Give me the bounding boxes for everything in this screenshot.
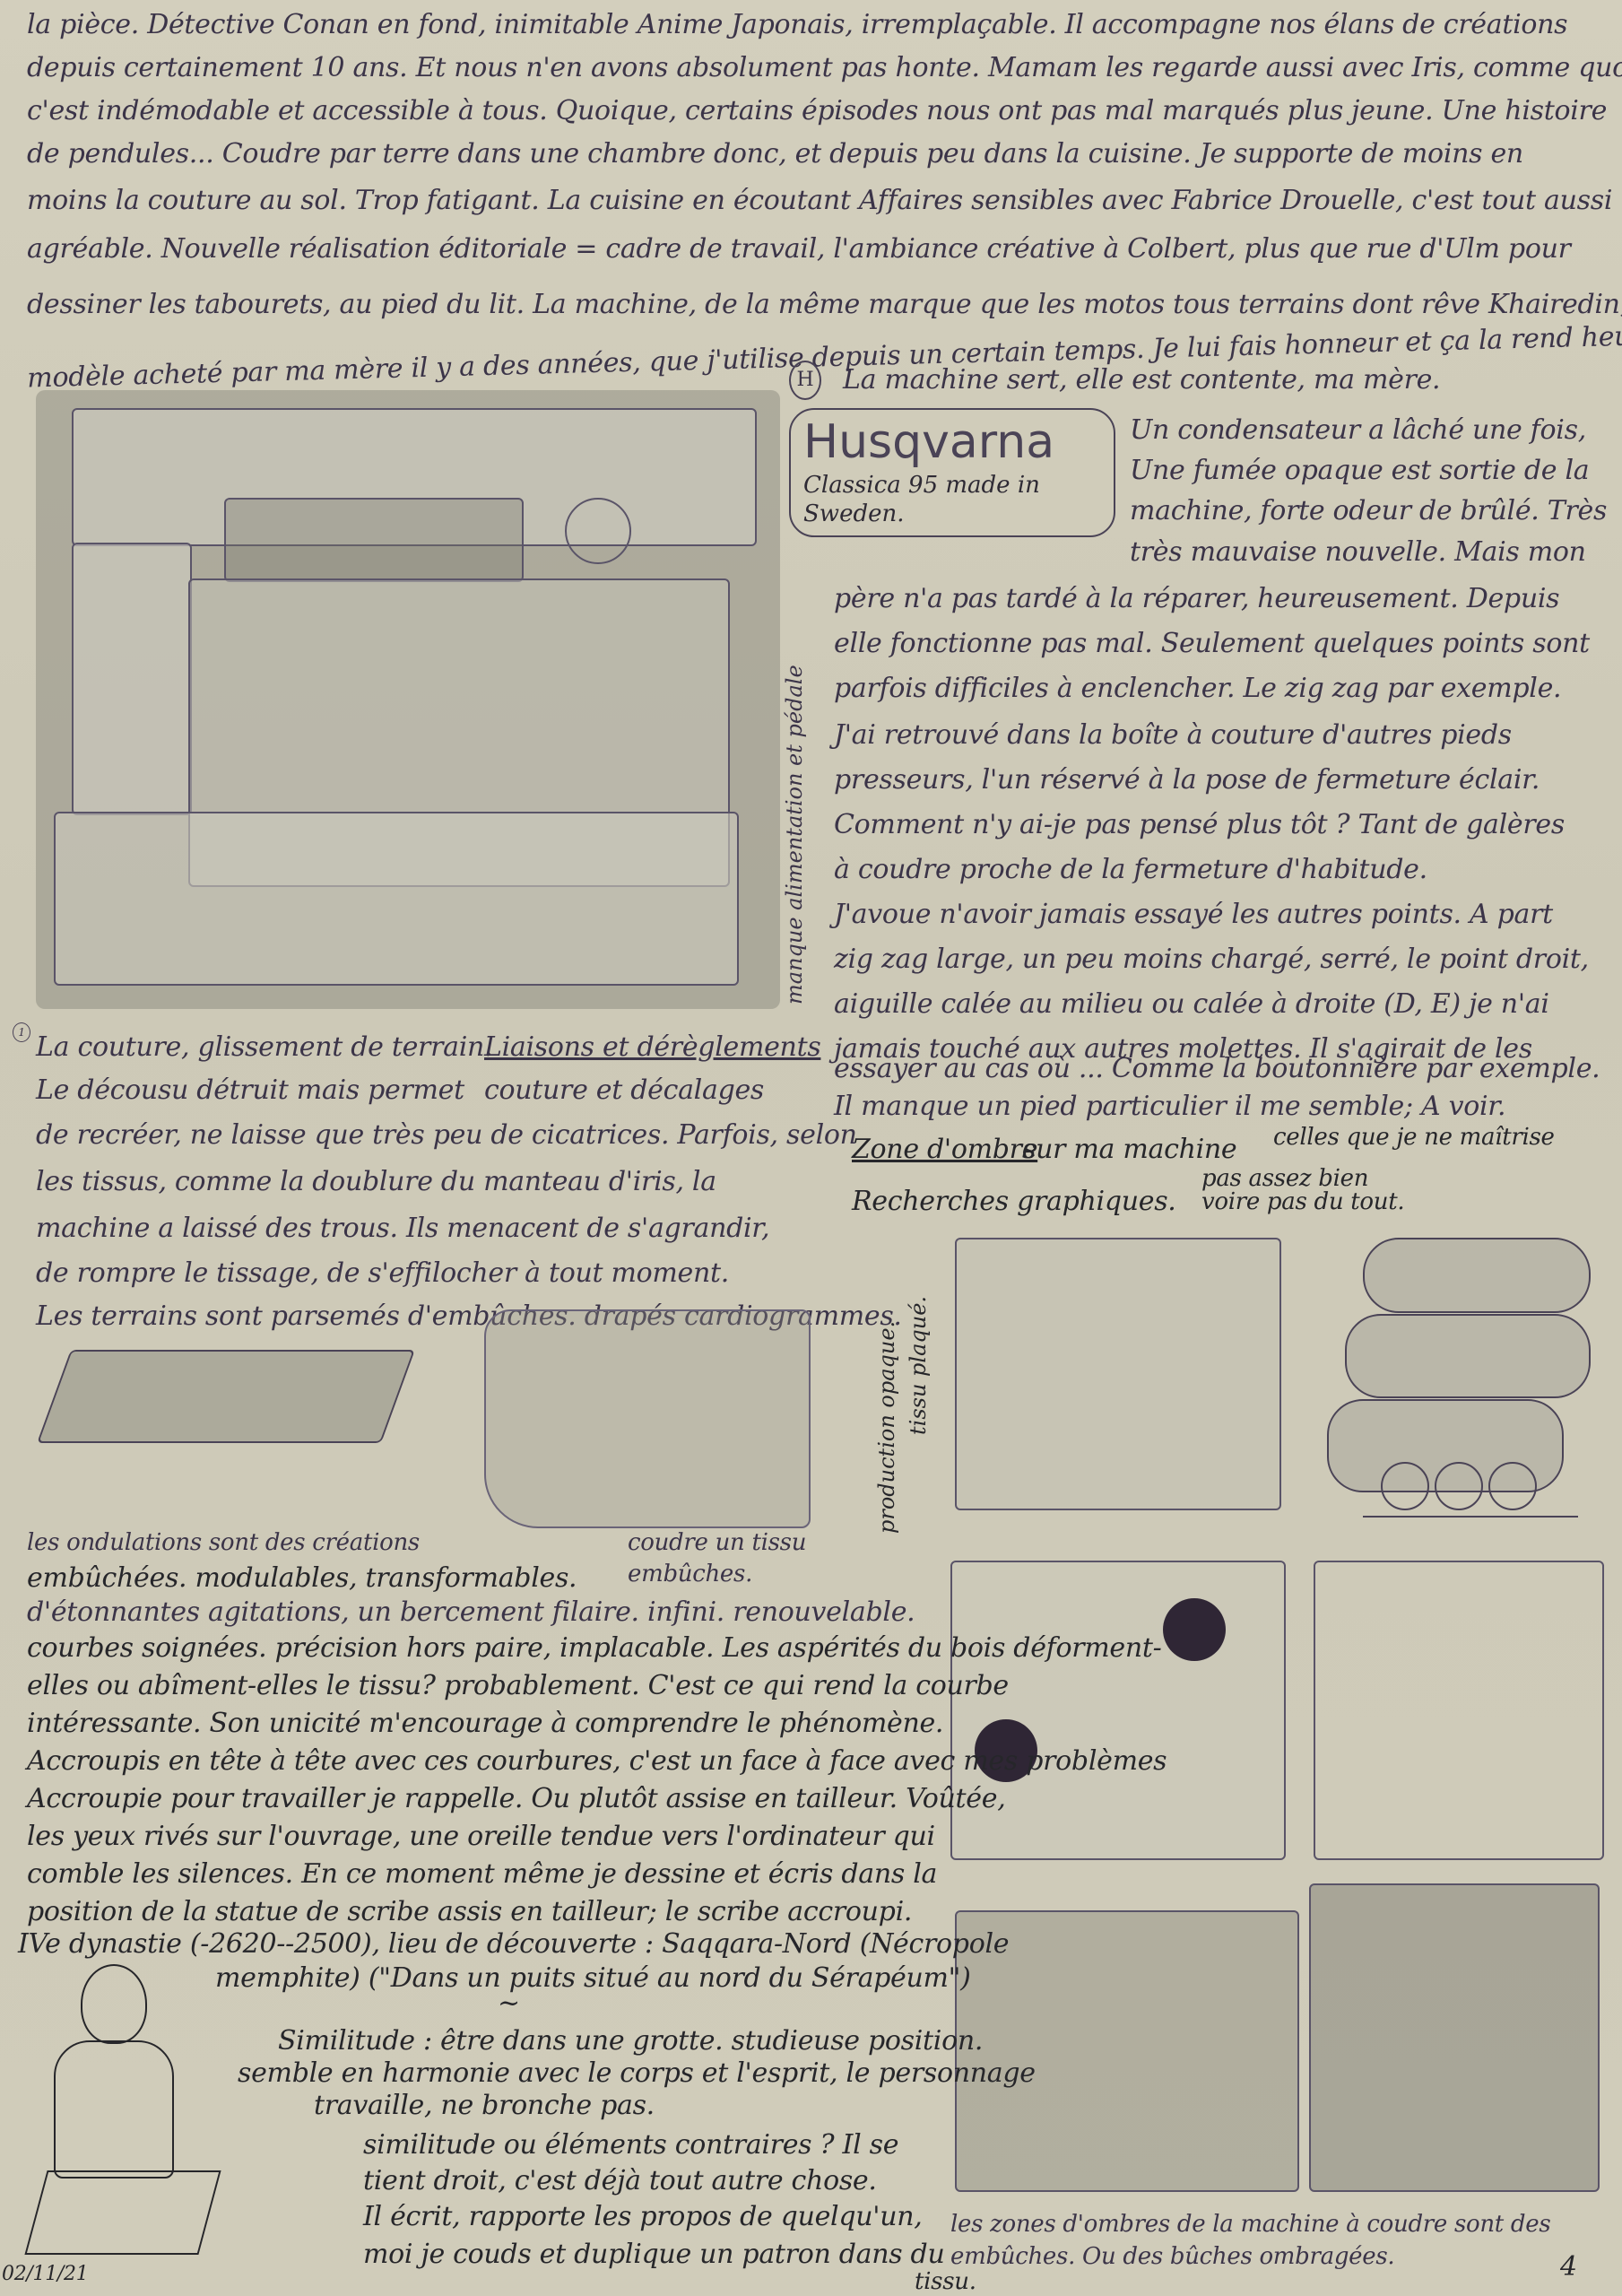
- fabric-sewing-sketch: [484, 1309, 811, 1528]
- machine-side-note: manque alimentation et pédale: [782, 665, 807, 1004]
- machine-window: [224, 498, 524, 582]
- bottom-note-line: embûches. Ou des bûches ombragées.: [950, 2239, 1394, 2274]
- text-line: Similitude : être dans une grotte. studi…: [278, 2023, 983, 2059]
- page-number: 4: [1560, 2249, 1577, 2285]
- text-line: de recréer, ne laisse que très peu de ci…: [36, 1118, 857, 1153]
- scribe-statue-sketch: [27, 1964, 206, 2260]
- text-line: zig zag large, un peu moins chargé, serr…: [834, 942, 1589, 978]
- text-line: travaille, ne bronche pas.: [314, 2088, 655, 2124]
- text-line: essayer au cas où ... Comme la boutonniè…: [834, 1051, 1600, 1087]
- marker-h: H: [789, 361, 821, 400]
- text-line: Accroupis en tête à tête avec ces courbu…: [27, 1744, 1167, 1779]
- text-line: intéressante. Son unicité m'encourage à …: [27, 1706, 943, 1742]
- vertical-note-2: tissu plaqué.: [906, 1296, 931, 1435]
- text-line: depuis certainement 10 ans. Et nous n'en…: [27, 50, 1622, 86]
- side-note-1: Liaisons et dérèglements: [484, 1030, 820, 1065]
- marker-1: 1: [13, 1022, 30, 1042]
- bottom-note-line: les zones d'ombres de la machine à coudr…: [950, 2206, 1550, 2242]
- stool-sketch: [37, 1350, 415, 1443]
- zone-note-1: celles que je ne maîtrise: [1273, 1119, 1555, 1155]
- text-line: d'étonnantes agitations, un bercement fi…: [27, 1595, 915, 1631]
- brand-subtitle: Classica 95 made in Sweden.: [803, 471, 1099, 528]
- text-line: IVe dynastie (-2620--2500), lieu de déco…: [18, 1926, 1009, 1962]
- text-line: Le décousu détruit mais permet: [36, 1073, 464, 1109]
- vertical-note-1: production opaque.: [874, 1321, 899, 1534]
- text-line: la pièce. Détective Conan en fond, inimi…: [27, 7, 1567, 43]
- text-line: memphite) ("Dans un puits situé au nord …: [215, 1961, 971, 1996]
- text-line: de pendules... Coudre par terre dans une…: [27, 136, 1523, 172]
- text-line: semble en harmonie avec le corps et l'es…: [238, 2056, 1036, 2092]
- brand-name: Husqvarna: [803, 415, 1054, 469]
- page-date: 02/11/21: [2, 2257, 88, 2292]
- text-line: similitude ou éléments contraires ? Il s…: [363, 2127, 898, 2163]
- recherches-graphiques: Recherches graphiques.: [852, 1184, 1176, 1220]
- log-outline-sketch: [1314, 1561, 1604, 1860]
- text-line: les tissus, comme la doublure du manteau…: [36, 1164, 716, 1200]
- brand-label-box: Husqvarna Classica 95 made in Sweden.: [789, 408, 1115, 537]
- shaded-logs-sketch: [1309, 1883, 1600, 2192]
- text-line: comble les silences. En ce moment même j…: [27, 1857, 937, 1892]
- text-line: très mauvaise nouvelle. Mais mon: [1130, 535, 1586, 570]
- text-line: tient droit, c'est déjà tout autre chose…: [363, 2163, 877, 2199]
- text-line: dessiner les tabourets, au pied du lit. …: [27, 287, 1622, 323]
- text-line: père n'a pas tardé à la réparer, heureus…: [834, 581, 1559, 617]
- text-line: Une fumée opaque est sortie de la: [1130, 453, 1589, 489]
- zone-note-3: voire pas du tout.: [1201, 1184, 1404, 1220]
- text-line: J'ai retrouvé dans la boîte à couture d'…: [834, 717, 1512, 753]
- machine-bed: [54, 812, 739, 986]
- coudre-note-2: embûches.: [628, 1556, 752, 1592]
- text-line: agréable. Nouvelle réalisation éditorial…: [27, 231, 1571, 267]
- notebook-page: la pièce. Détective Conan en fond, inimi…: [0, 0, 1622, 2296]
- machine-dial: [565, 498, 631, 564]
- machine-arm: [72, 543, 192, 815]
- text-line: position de la statue de scribe assis en…: [27, 1894, 912, 1930]
- text-line: La couture, glissement de terrain.: [36, 1030, 492, 1065]
- text-line: les ondulations sont des créations: [27, 1525, 420, 1561]
- text-line: Il écrit, rapporte les propos de quelqu'…: [363, 2199, 923, 2235]
- text-line: aiguille calée au milieu ou calée à droi…: [834, 987, 1549, 1022]
- text-line: presseurs, l'un réservé à la pose de fer…: [834, 762, 1540, 798]
- text-line: courbes soignées. précision hors paire, …: [27, 1631, 1161, 1666]
- text-line: embûchées. modulables, transformables.: [27, 1561, 577, 1596]
- text-line: moins la couture au sol. Trop fatigant. …: [27, 183, 1612, 219]
- outline-machine-sketch: [955, 1238, 1281, 1510]
- logs-row-sketch: [1363, 1453, 1578, 1518]
- text-line: machine a laissé des trous. Ils menacent…: [36, 1211, 769, 1247]
- text-line: Comment n'y ai-je pas pensé plus tôt ? T…: [834, 807, 1565, 843]
- text-line: J'avoue n'avoir jamais essayé les autres…: [834, 897, 1553, 933]
- sewing-machine-sketch: [36, 390, 780, 1009]
- text-line: Un condensateur a lâché une fois,: [1130, 413, 1586, 448]
- text-line: les yeux rivés sur l'ouvrage, une oreill…: [27, 1819, 935, 1855]
- shadow-spot: [1163, 1598, 1226, 1661]
- h-annotation-text: La machine sert, elle est contente, ma m…: [843, 362, 1440, 398]
- tilde-mark: ~: [498, 1986, 520, 2022]
- text-line: à coudre proche de la fermeture d'habitu…: [834, 852, 1427, 888]
- text-line: Accroupie pour travailler je rappelle. O…: [27, 1781, 1005, 1817]
- side-note-2: couture et décalages: [484, 1073, 764, 1109]
- text-line: elles ou abîment-elles le tissu? probabl…: [27, 1668, 1009, 1704]
- text-line: c'est indémodable et accessible à tous. …: [27, 93, 1607, 129]
- text-line: machine, forte odeur de brûlé. Très: [1130, 493, 1607, 529]
- coudre-note-1: coudre un tissu: [628, 1525, 806, 1561]
- text-line: elle fonctionne pas mal. Seulement quelq…: [834, 626, 1590, 662]
- text-line: parfois difficiles à enclencher. Le zig …: [834, 671, 1561, 707]
- zone-title: Zone d'ombre: [852, 1132, 1037, 1168]
- text-line: de rompre le tissage, de s'effilocher à …: [36, 1256, 729, 1291]
- text-line: moi je couds et duplique un patron dans …: [363, 2237, 945, 2273]
